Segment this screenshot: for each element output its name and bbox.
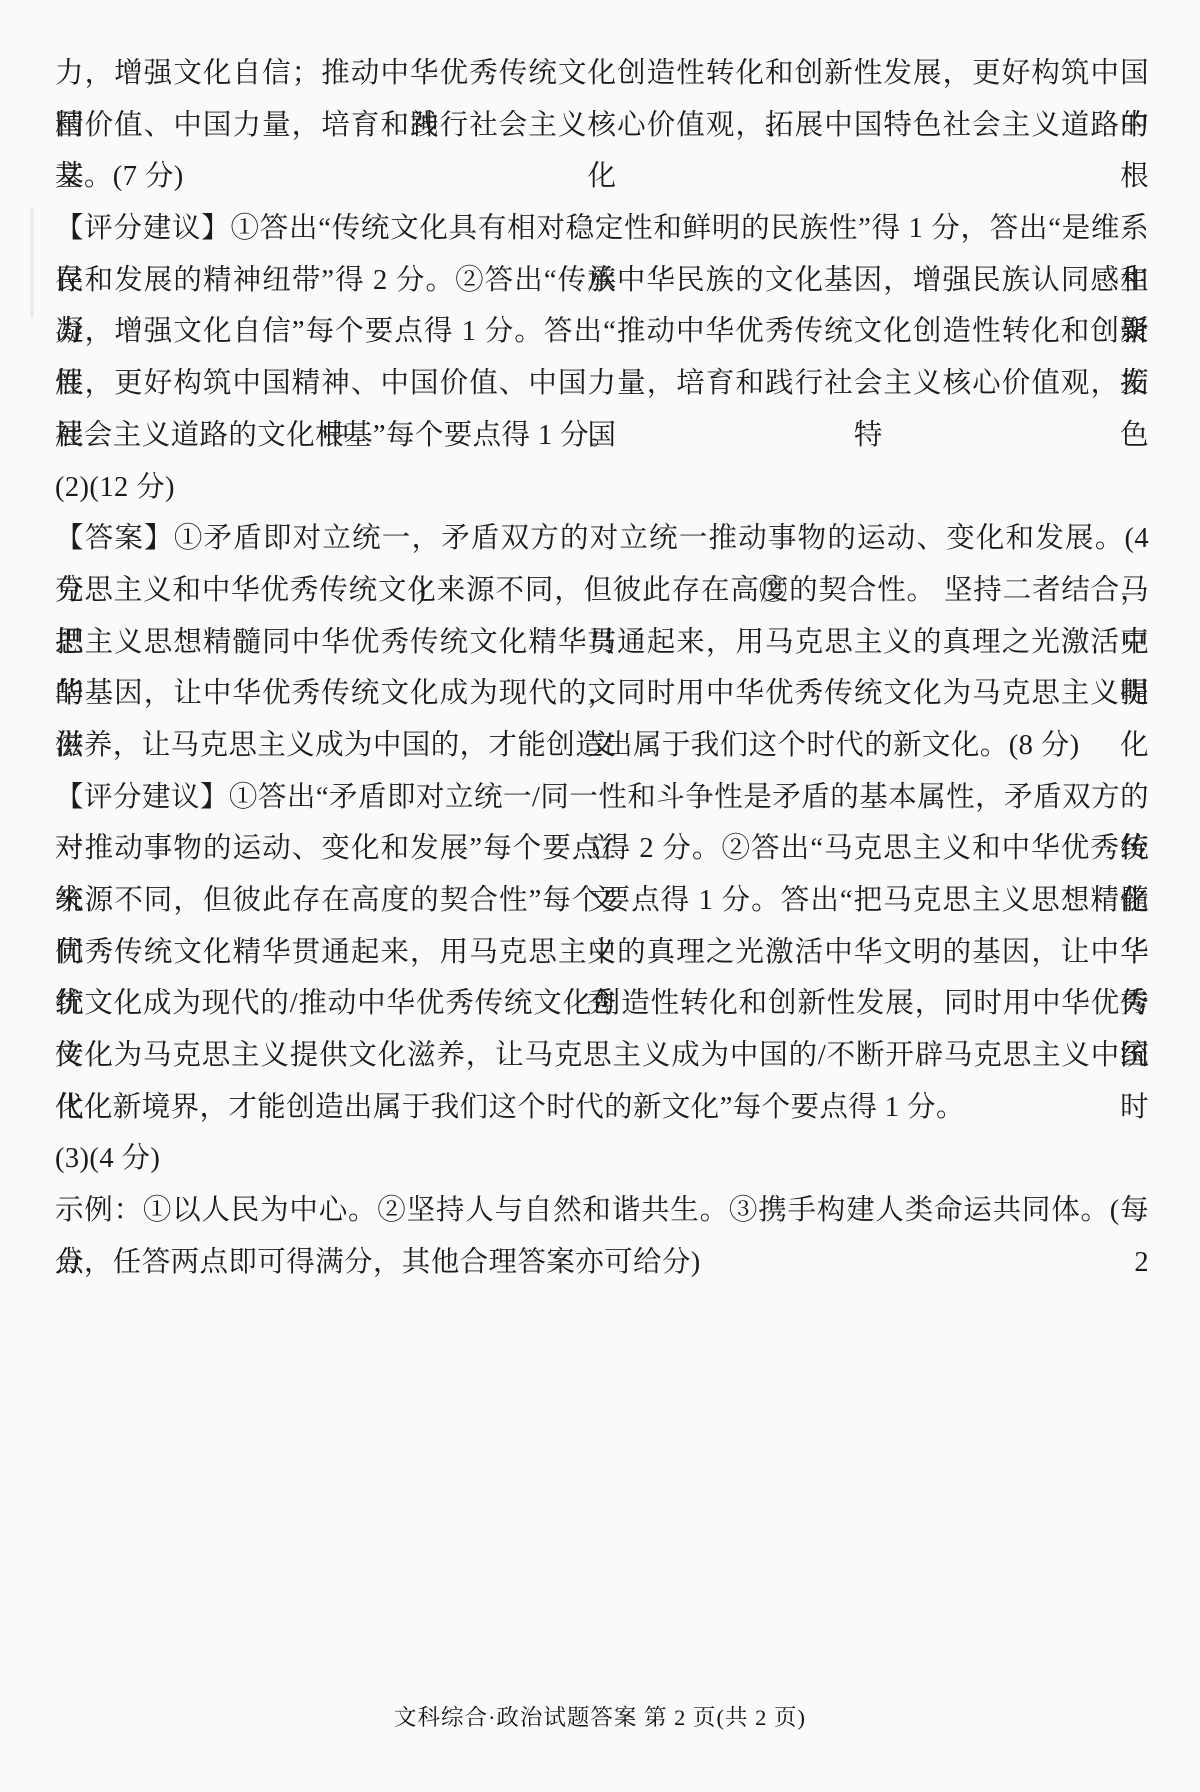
text-line: 力，增强文化自信”每个要点得 1 分。答出“推动中华优秀传统文化创造性转化和创新… (55, 306, 1149, 358)
text-line: 【答案】①矛盾即对立统一，矛盾双方的对立统一推动事物的运动、变化和发展。(4 分… (55, 513, 1149, 565)
text-line: (2)(12 分) (55, 462, 1149, 514)
scanned-exam-answer-page: 力，增强文化自信；推动中华优秀传统文化创造性转化和创新性发展，更好构筑中国精神、… (0, 0, 1200, 1792)
text-line: 思主义思想精髓同中华优秀传统文化精华贯通起来，用马克思主义的真理之光激活中华文明 (55, 617, 1149, 669)
text-line: 示例：①以人民为中心。②坚持人与自然和谐共生。③携手构建人类命运共同体。(每点 … (55, 1185, 1149, 1237)
text-line: 【评分建议】①答出“传统文化具有相对稳定性和鲜明的民族性”得 1 分，答出“是维… (55, 203, 1149, 255)
text-line: 国价值、中国力量，培育和践行社会主义核心价值观，拓展中国特色社会主义道路的文化根 (55, 100, 1149, 152)
footer-page-label: 文科综合·政治试题答案 第 2 页(共 2 页) (394, 1705, 806, 1730)
text-line: 的基因，让中华优秀传统文化成为现代的，同时用中华优秀传统文化为马克思主义提供文化 (55, 668, 1149, 720)
page-footer: 文科综合·政治试题答案 第 2 页(共 2 页) (0, 1700, 1200, 1732)
text-line: 展，更好构筑中国精神、中国价值、中国力量，培育和践行社会主义核心价值观，拓展中国… (55, 358, 1149, 410)
text-line: (3)(4 分) (55, 1133, 1149, 1185)
text-line: 优秀传统文化精华贯通起来，用马克思主义的真理之光激活中华文明的基因，让中华优秀传 (55, 927, 1149, 979)
text-line: 文化为马克思主义提供文化滋养，让马克思主义成为中国的/不断开辟马克思主义中国化时 (55, 1030, 1149, 1082)
scan-smudge-artifact (30, 208, 34, 318)
text-line: 统文化成为现代的/推动中华优秀传统文化创造性转化和创新性发展，同时用中华优秀传统 (55, 978, 1149, 1030)
text-line: 克思主义和中华优秀传统文化来源不同，但彼此存在高度的契合性。 坚持二者结合，把马… (55, 565, 1149, 617)
text-line: 【评分建议】①答出“矛盾即对立统一/同一性和斗争性是矛盾的基本属性，矛盾双方的对… (55, 772, 1149, 824)
answer-text-block: 力，增强文化自信；推动中华优秀传统文化创造性转化和创新性发展，更好构筑中国精神、… (55, 48, 1149, 1289)
text-line: 力，增强文化自信；推动中华优秀传统文化创造性转化和创新性发展，更好构筑中国精神、… (55, 48, 1149, 100)
text-line: 来源不同，但彼此存在高度的契合性”每个要点得 1 分。答出“把马克思主义思想精髓… (55, 875, 1149, 927)
text-line: 滋养，让马克思主义成为中国的，才能创造出属于我们这个时代的新文化。(8 分) (55, 720, 1149, 772)
text-line: 一推动事物的运动、变化和发展”每个要点得 2 分。②答出“马克思主义和中华优秀传… (55, 823, 1149, 875)
text-line: 存和发展的精神纽带”得 2 分。②答出“传承中华民族的文化基因，增强民族认同感和… (55, 255, 1149, 307)
